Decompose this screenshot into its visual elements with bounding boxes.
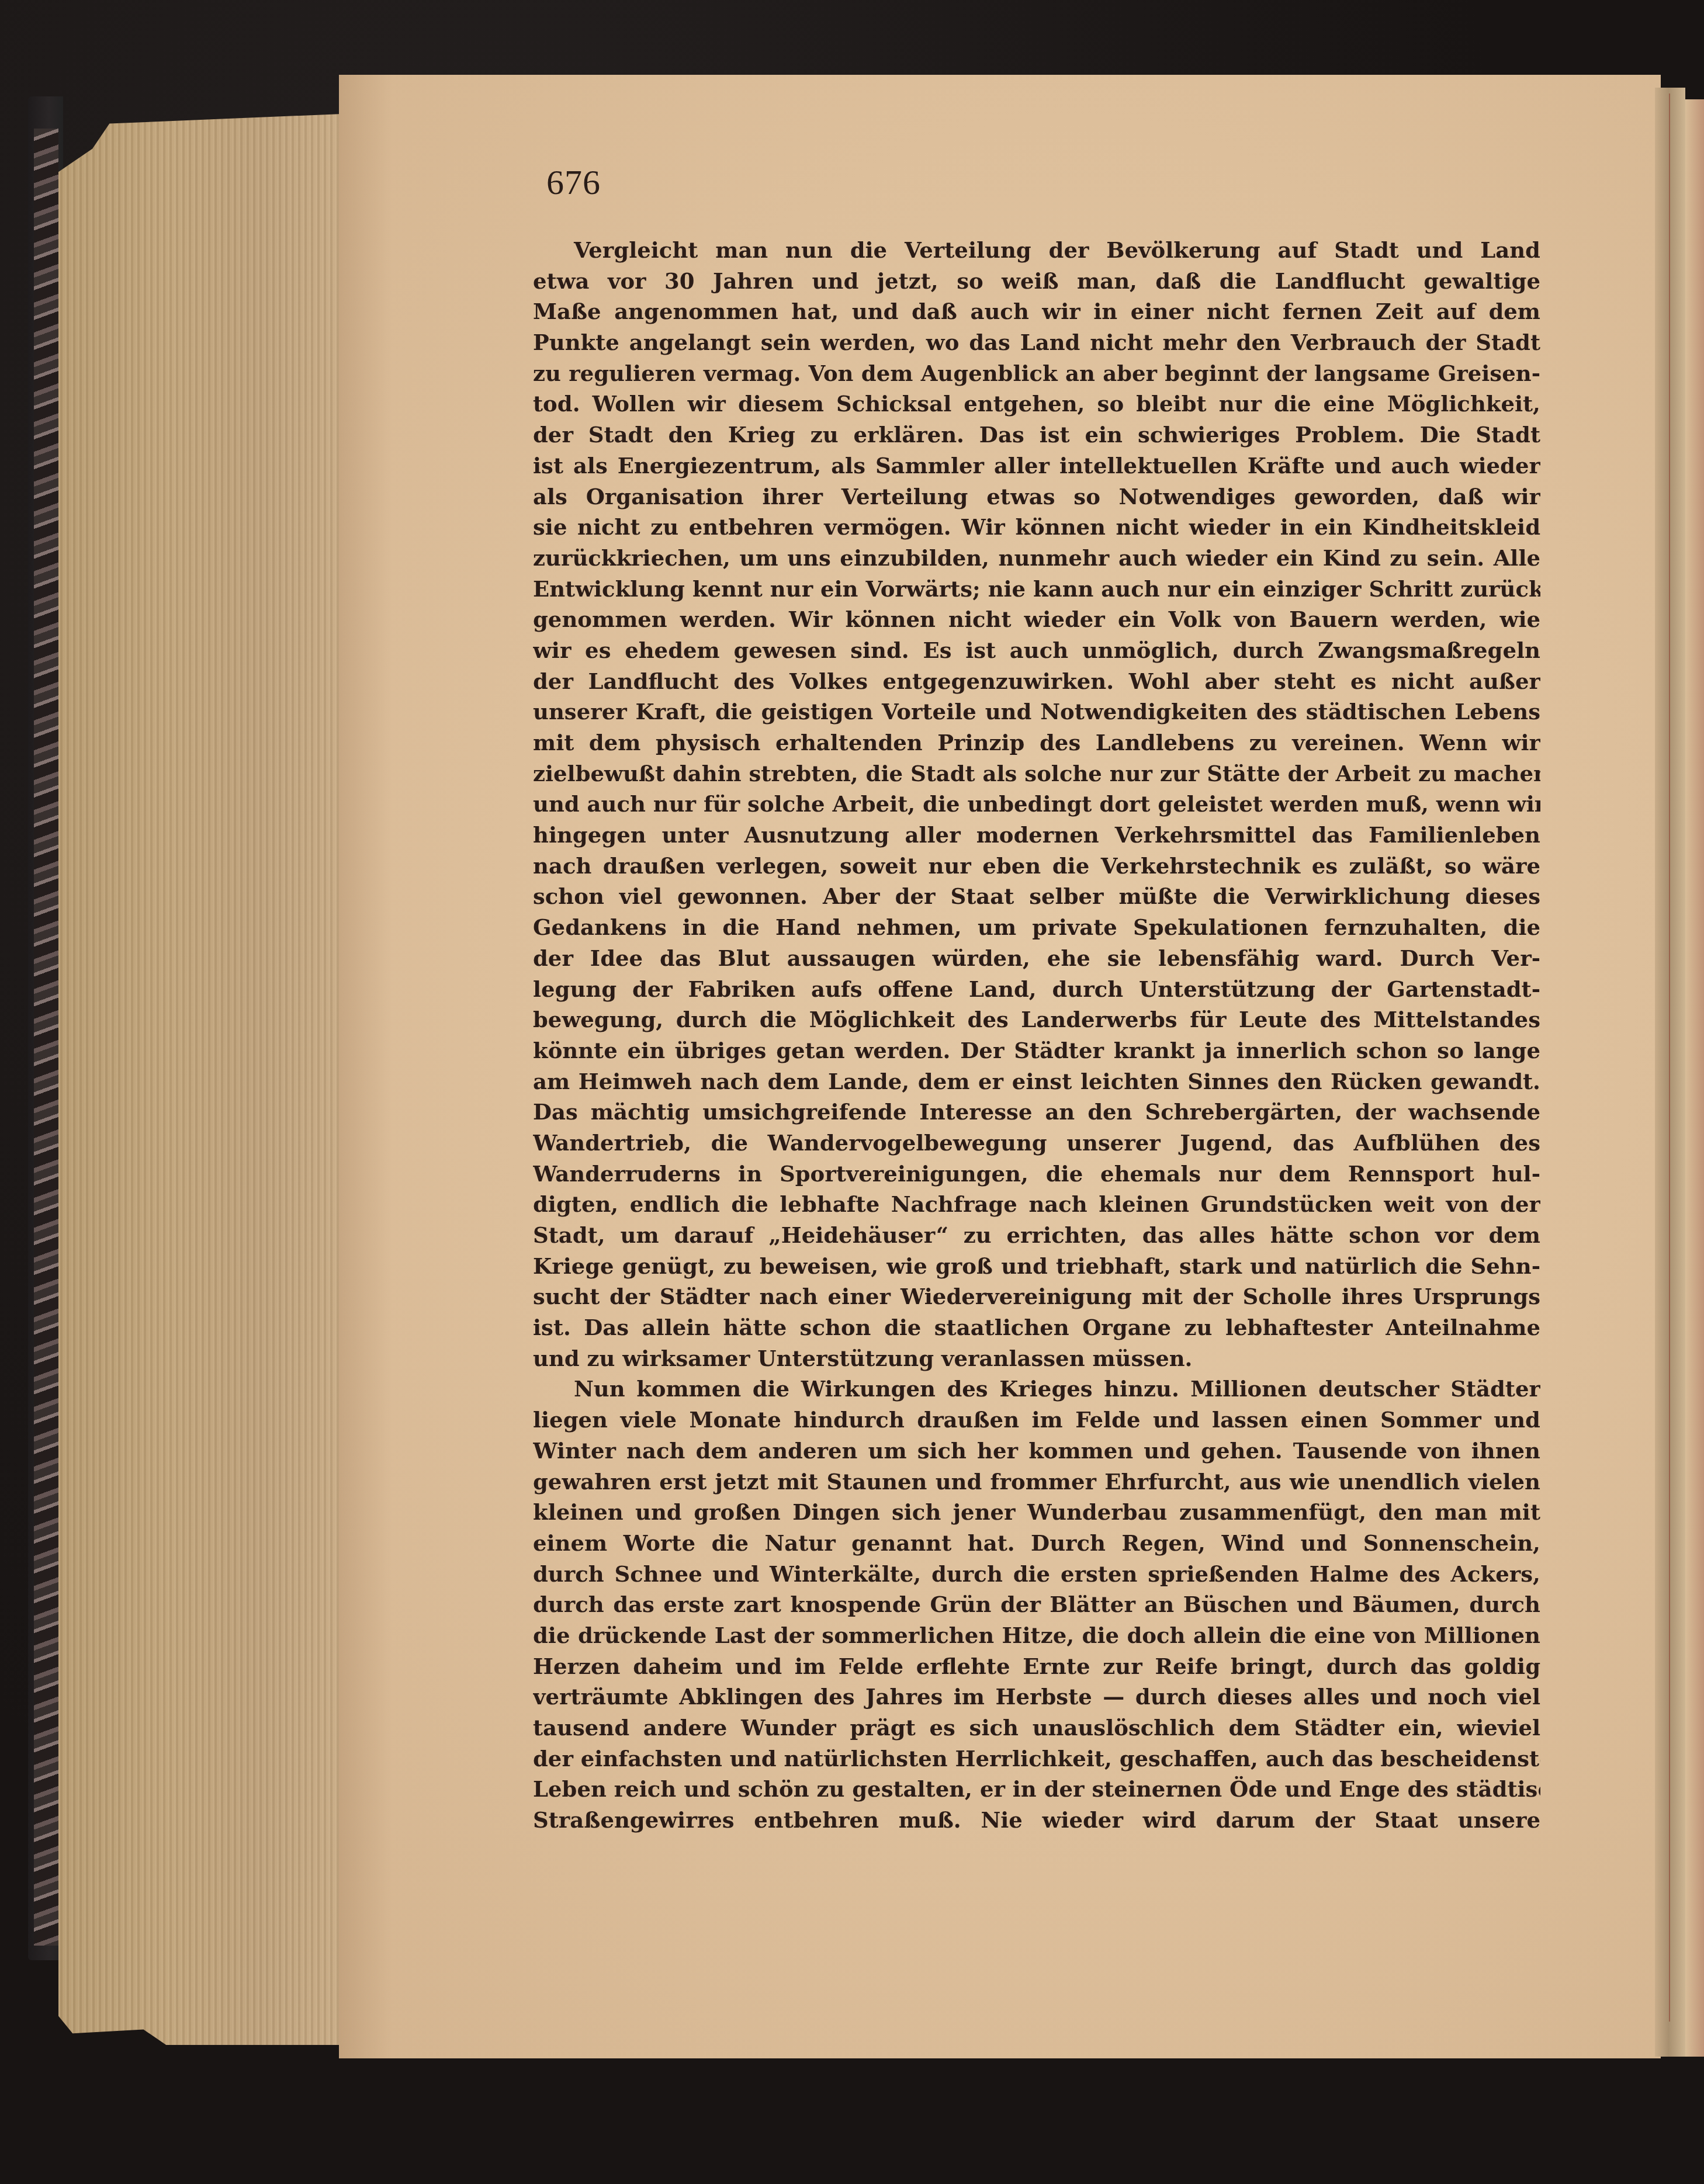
text-line: schon viel gewonnen. Aber der Staat selb… bbox=[533, 881, 1540, 912]
text-line: Leben reich und schön zu gestalten, er i… bbox=[533, 1774, 1540, 1805]
text-line: Punkte angelangt sein werden, wo das Lan… bbox=[533, 327, 1540, 358]
text-line: Wandertrieb, die Wandervogelbewegung uns… bbox=[533, 1128, 1540, 1159]
text-line: tausend andere Wunder prägt es sich unau… bbox=[533, 1712, 1540, 1743]
text-line: Vergleicht man nun die Verteilung der Be… bbox=[533, 235, 1540, 266]
binding-thread bbox=[1669, 93, 1670, 2022]
text-line: der Idee das Blut aussaugen würden, ehe … bbox=[533, 943, 1540, 974]
text-line: Straßengewirres entbehren muß. Nie wiede… bbox=[533, 1805, 1540, 1836]
text-line: als Organisation ihrer Verteilung etwas … bbox=[533, 481, 1540, 512]
text-line: hingegen unter Ausnutzung aller modernen… bbox=[533, 820, 1540, 851]
text-line: zurückkriechen, um uns einzubilden, nunm… bbox=[533, 543, 1540, 574]
text-line: unserer Kraft, die geistigen Vorteile un… bbox=[533, 696, 1540, 727]
body-text: Vergleicht man nun die Verteilung der Be… bbox=[533, 235, 1540, 1836]
text-line: liegen viele Monate hindurch draußen im … bbox=[533, 1405, 1540, 1436]
book-gutter bbox=[1655, 88, 1685, 2057]
text-line: die drückende Last der sommerlichen Hitz… bbox=[533, 1620, 1540, 1651]
text-line: Nun kommen die Wirkungen des Krieges hin… bbox=[533, 1374, 1540, 1405]
text-line: durch das erste zart knospende Grün der … bbox=[533, 1589, 1540, 1620]
text-line: sie nicht zu entbehren vermögen. Wir kön… bbox=[533, 512, 1540, 543]
text-line: der Stadt den Krieg zu erklären. Das ist… bbox=[533, 420, 1540, 450]
page-number: 676 bbox=[546, 162, 601, 203]
text-line: gewahren erst jetzt mit Staunen und from… bbox=[533, 1467, 1540, 1497]
text-line: durch Schnee und Winterkälte, durch die … bbox=[533, 1559, 1540, 1590]
text-line: und zu wirksamer Unterstützung veranlass… bbox=[533, 1343, 1540, 1374]
text-line: zu regulieren vermag. Von dem Augenblick… bbox=[533, 358, 1540, 389]
text-line: ist als Energiezentrum, als Sammler alle… bbox=[533, 450, 1540, 481]
text-line: Entwicklung kennt nur ein Vorwärts; nie … bbox=[533, 574, 1540, 605]
text-line: und auch nur für solche Arbeit, die unbe… bbox=[533, 789, 1540, 820]
text-line: Winter nach dem anderen um sich her komm… bbox=[533, 1436, 1540, 1467]
text-line: Herzen daheim und im Felde erflehte Ernt… bbox=[533, 1651, 1540, 1682]
text-line: verträumte Abklingen des Jahres im Herbs… bbox=[533, 1682, 1540, 1712]
text-line: wir es ehedem gewesen sind. Es ist auch … bbox=[533, 635, 1540, 666]
text-line: der Landflucht des Volkes entgegenzuwirk… bbox=[533, 666, 1540, 697]
text-line: sucht der Städter nach einer Wiederverei… bbox=[533, 1281, 1540, 1312]
paragraph-2: Nun kommen die Wirkungen des Krieges hin… bbox=[533, 1374, 1540, 1835]
text-line: Wanderruderns in Sportvereinigungen, die… bbox=[533, 1159, 1540, 1190]
text-line: kleinen und großen Dingen sich jener Wun… bbox=[533, 1497, 1540, 1528]
paragraph-1: Vergleicht man nun die Verteilung der Be… bbox=[533, 235, 1540, 1374]
text-line: Kriege genügt, zu beweisen, wie groß und… bbox=[533, 1251, 1540, 1282]
text-line: bewegung, durch die Möglichkeit des Land… bbox=[533, 1004, 1540, 1035]
text-line: der einfachsten und natürlichsten Herrli… bbox=[533, 1743, 1540, 1774]
text-line: Stadt, um darauf „Heidehäuser“ zu errich… bbox=[533, 1220, 1540, 1251]
text-line: zielbewußt dahin strebten, die Stadt als… bbox=[533, 758, 1540, 789]
text-line: am Heimweh nach dem Lande, dem er einst … bbox=[533, 1066, 1540, 1097]
page-edge-shadow bbox=[339, 75, 392, 2058]
text-line: könnte ein übriges getan werden. Der Stä… bbox=[533, 1035, 1540, 1066]
text-line: ist. Das allein hätte schon die staatlic… bbox=[533, 1312, 1540, 1343]
text-line: tod. Wollen wir diesem Schicksal entgehe… bbox=[533, 389, 1540, 420]
text-line: nach draußen verlegen, soweit nur eben d… bbox=[533, 851, 1540, 882]
text-line: Gedankens in die Hand nehmen, um private… bbox=[533, 912, 1540, 943]
text-line: mit dem physisch erhaltenden Prinzip des… bbox=[533, 727, 1540, 758]
text-line: etwa vor 30 Jahren und jetzt, so weiß ma… bbox=[533, 266, 1540, 297]
page-stack-fore-edge bbox=[58, 114, 342, 2045]
text-line: Das mächtig umsichgreifende Interesse an… bbox=[533, 1097, 1540, 1128]
text-line: genommen werden. Wir können nicht wieder… bbox=[533, 604, 1540, 635]
text-line: Maße angenommen hat, und daß auch wir in… bbox=[533, 296, 1540, 327]
text-line: einem Worte die Natur genannt hat. Durch… bbox=[533, 1528, 1540, 1559]
facing-page-edge bbox=[1685, 99, 1704, 2057]
text-line: legung der Fabriken aufs offene Land, du… bbox=[533, 974, 1540, 1005]
text-line: digten, endlich die lebhafte Nachfrage n… bbox=[533, 1189, 1540, 1220]
marbled-cover-edge bbox=[34, 129, 58, 1946]
